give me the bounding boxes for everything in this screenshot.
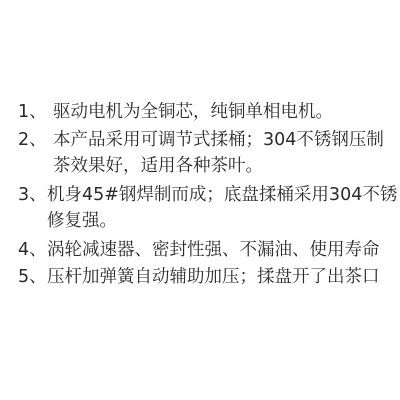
item-text: 涡轮减速器、密封性强、不漏油、使用寿命 [47,240,380,260]
item-number: 2、 [18,129,53,151]
item-text: 本产品采用可调节式揉桶；304不锈钢压制 [53,130,384,150]
item-number: 5、 [18,266,47,288]
list-item-3: 3、机身45#钢焊制而成；底盘揉桶采用304不锈 [18,184,397,206]
item-text: 机身45#钢焊制而成；底盘揉桶采用304不锈 [47,185,397,205]
list-item-5: 5、压杆加弹簧自动辅助加压；揉盘开了出茶口 [18,266,380,288]
list-item-3-continuation: 修复强。 [47,210,117,232]
product-feature-list: 1、驱动电机为全铜芯，纯铜单相电机。 2、本产品采用可调节式揉桶；304不锈钢压… [0,0,400,400]
list-item-2: 2、本产品采用可调节式揉桶；304不锈钢压制 [18,129,384,151]
item-number: 3、 [18,184,47,206]
list-item-1: 1、驱动电机为全铜芯，纯铜单相电机。 [18,101,333,123]
item-number: 1、 [18,101,53,123]
item-text: 驱动电机为全铜芯，纯铜单相电机。 [53,102,333,122]
item-text: 茶效果好，适用各种茶叶。 [53,156,263,176]
item-text: 压杆加弹簧自动辅助加压；揉盘开了出茶口 [47,267,380,287]
list-item-4: 4、涡轮减速器、密封性强、不漏油、使用寿命 [18,239,380,261]
item-text: 修复强。 [47,211,117,231]
list-item-2-continuation: 茶效果好，适用各种茶叶。 [53,155,263,177]
item-number: 4、 [18,239,47,261]
